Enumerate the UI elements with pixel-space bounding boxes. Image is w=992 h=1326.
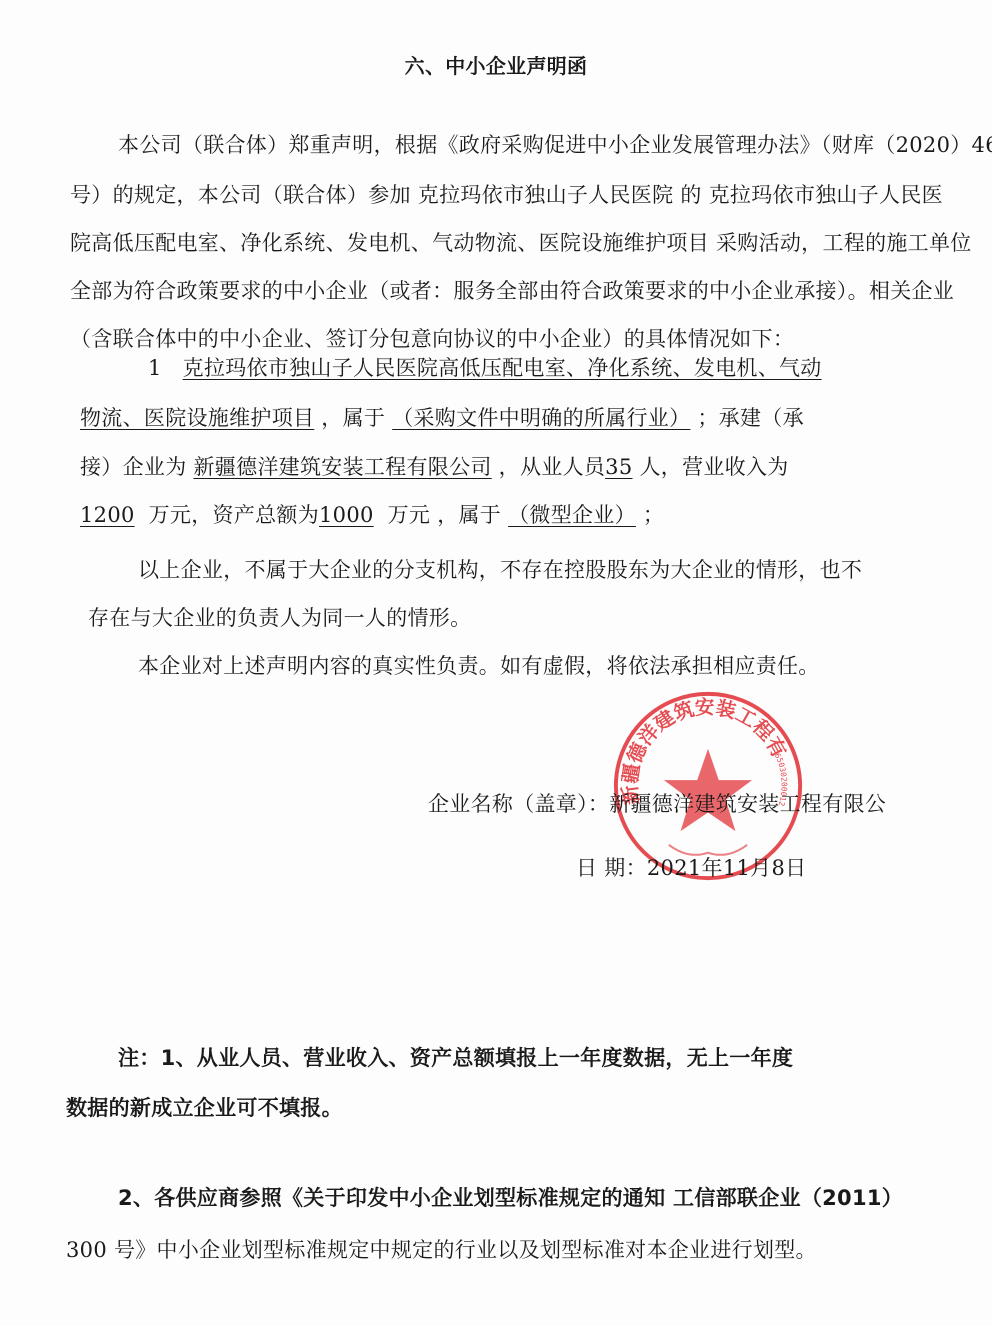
revenue-unit: 万元，资产总额为 (149, 503, 319, 527)
paragraph2-line2: 存在与大企业的负责人为同一人的情形。 (88, 604, 471, 632)
paragraph1-line1: 本公司（联合体）郑重声明，根据《政府采购促进中小企业发展管理办法》（财库（202… (118, 131, 992, 159)
date-label: 日 期： (576, 856, 647, 880)
item-end: ； (643, 503, 664, 527)
assets-unit: 万元 ，属于 (388, 503, 501, 527)
paragraph2-line1: 以上企业，不属于大企业的分支机构，不存在控股股东为大企业的情形，也不 (138, 556, 862, 584)
item1-line1: 1 克拉玛依市独山子人民医院高低压配电室、净化系统、发电机、气动 (148, 354, 822, 382)
item1-line2: 物流、医院设施维护项目 ，属于 （采购文件中明确的所属行业） ；承建（承 (80, 404, 804, 432)
date-value: 2021年11月8日 (647, 856, 807, 880)
paragraph1-line4: 全部为符合政策要求的中小企业（或者：服务全部由符合政策要求的中小企业承接）。相关… (70, 277, 954, 305)
industry-value: （采购文件中明确的所属行业） (392, 406, 690, 430)
company-name-value: 新疆德洋建筑安装工程有限公 (609, 792, 886, 816)
note1-line1: 注：1、从业人员、营业收入、资产总额填报上一年度数据，无上一年度 (118, 1044, 793, 1072)
assets-value: 1000 (319, 503, 374, 527)
employees-value: 35 (605, 455, 632, 479)
signature-date-line: 日 期：2021年11月8日 (576, 854, 806, 882)
contractor-label-a: ；承建（承 (697, 406, 804, 430)
employees-label: ，从业人员 (499, 455, 606, 479)
company-name-label: 企业名称（盖章）： (428, 792, 609, 816)
revenue-value: 1200 (80, 503, 135, 527)
enterprise-type: （微型企业） (508, 503, 636, 527)
paragraph3: 本企业对上述声明内容的真实性负责。如有虚假，将依法承担相应责任。 (138, 652, 820, 680)
item1-line4: 1200 万元，资产总额为1000 万元 ，属于 （微型企业） ； (80, 501, 664, 529)
employees-unit: 人，营业收入为 (639, 455, 788, 479)
note2-line1: 2、各供应商参照《关于印发中小企业划型标准规定的通知 工信部联企业（2011） (118, 1184, 903, 1212)
paragraph1-line5: （含联合体中的中小企业、签订分包意向协议的中小企业）的具体情况如下： (70, 325, 794, 353)
contractor-label-b: 接）企业为 (80, 455, 187, 479)
item-number: 1 (148, 356, 162, 380)
document-title: 六、中小企业声明函 (0, 52, 992, 80)
item1-line3: 接）企业为 新疆德洋建筑安装工程有限公司 ，从业人员35 人，营业收入为 (80, 453, 789, 481)
stamp-text: 新疆德洋建筑安装工程有限公司 (610, 688, 791, 806)
paragraph1-line3: 院高低压配电室、净化系统、发电机、气动物流、医院设施维护项目 采购活动，工程的施… (70, 229, 972, 257)
paragraph1-line2: 号）的规定，本公司（联合体）参加 克拉玛依市独山子人民医院 的 克拉玛依市独山子… (70, 181, 943, 209)
note2-line2: 300 号》中小企业划型标准规定中规定的行业以及划型标准对本企业进行划型。 (66, 1236, 817, 1264)
declaration-page: 六、中小企业声明函 本公司（联合体）郑重声明，根据《政府采购促进中小企业发展管理… (0, 0, 992, 1326)
note1-line2: 数据的新成立企业可不填报。 (66, 1094, 343, 1122)
project-name-part2: 物流、医院设施维护项目 (80, 406, 314, 430)
svg-text:新疆德洋建筑安装工程有限公司: 新疆德洋建筑安装工程有限公司 (610, 688, 791, 806)
company-name: 新疆德洋建筑安装工程有限公司 (193, 455, 491, 479)
signature-company-line: 企业名称（盖章）：新疆德洋建筑安装工程有限公 (428, 790, 886, 818)
belongs-to-label: ，属于 (321, 406, 385, 430)
project-name-part1: 克拉玛依市独山子人民医院高低压配电室、净化系统、发电机、气动 (183, 356, 822, 380)
